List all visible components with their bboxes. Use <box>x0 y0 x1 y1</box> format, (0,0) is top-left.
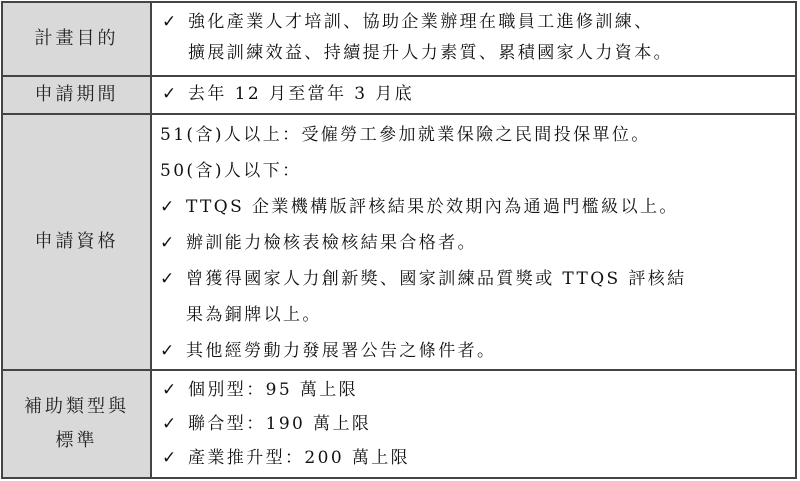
row-label-purpose: 計畫目的 <box>3 3 152 75</box>
row-label-period: 申請期間 <box>3 77 152 113</box>
check-icon: ✓ <box>162 79 188 110</box>
list-item: ✓曾獲得國家人力創新獎、國家訓練品質獎或 TTQS 評核結 <box>160 261 795 297</box>
list-item: ✓產業推升型：200 萬上限 <box>162 441 795 475</box>
item-text: 辦訓能力檢核表檢核結果合格者。 <box>186 233 477 253</box>
label-line: 標準 <box>56 424 98 458</box>
list-item: ✓其他經勞動力發展署公告之條件者。 <box>160 333 795 369</box>
item-text: 個別型：95 萬上限 <box>188 380 358 400</box>
list-item: ✓聯合型：190 萬上限 <box>162 407 795 441</box>
info-table: 計畫目的 ✓強化產業人才培訓、協助企業辦理在職員工進修訓練、 擴展訓練效益、持續… <box>1 1 797 479</box>
list-item: ✓去年 12 月至當年 3 月底 <box>162 79 795 110</box>
check-icon: ✓ <box>162 7 188 38</box>
check-icon: ✓ <box>162 373 188 407</box>
check-icon: ✓ <box>160 189 186 225</box>
row-content-subsidy: ✓個別型：95 萬上限 ✓聯合型：190 萬上限 ✓產業推升型：200 萬上限 <box>152 371 795 477</box>
row-content-purpose: ✓強化產業人才培訓、協助企業辦理在職員工進修訓練、 擴展訓練效益、持續提升人力素… <box>152 3 795 75</box>
item-text: 曾獲得國家人力創新獎、國家訓練品質獎或 TTQS 評核結 <box>186 269 687 289</box>
list-item: ✓辦訓能力檢核表檢核結果合格者。 <box>160 225 795 261</box>
row-period: 申請期間 ✓去年 12 月至當年 3 月底 <box>3 77 795 115</box>
item-text: 擴展訓練效益、持續提升人力素質、累積國家人力資本。 <box>188 43 673 63</box>
check-icon: ✓ <box>162 441 188 475</box>
row-content-period: ✓去年 12 月至當年 3 月底 <box>152 77 795 113</box>
row-content-eligibility: 51(含)人以上：受僱勞工參加就業保險之民間投保單位。 50(含)人以下： ✓T… <box>152 115 795 369</box>
item-text: 強化產業人才培訓、協助企業辦理在職員工進修訓練、 <box>188 12 654 32</box>
list-item: 50(含)人以下： <box>160 153 795 189</box>
item-text: TTQS 企業機構版評核結果於效期內為通過門檻級以上。 <box>186 197 679 217</box>
list-item: 果為銅牌以上。 <box>160 297 795 333</box>
item-text: 51(含)人以上：受僱勞工參加就業保險之民間投保單位。 <box>160 125 651 145</box>
row-subsidy: 補助類型與 標準 ✓個別型：95 萬上限 ✓聯合型：190 萬上限 ✓產業推升型… <box>3 371 795 477</box>
check-icon: ✓ <box>162 407 188 441</box>
check-icon: ✓ <box>160 261 186 297</box>
item-text: 去年 12 月至當年 3 月底 <box>188 84 414 104</box>
row-label-subsidy: 補助類型與 標準 <box>3 371 152 477</box>
row-eligibility: 申請資格 51(含)人以上：受僱勞工參加就業保險之民間投保單位。 50(含)人以… <box>3 115 795 371</box>
item-text: 其他經勞動力發展署公告之條件者。 <box>186 341 496 361</box>
check-icon: ✓ <box>160 333 186 369</box>
list-item: ✓TTQS 企業機構版評核結果於效期內為通過門檻級以上。 <box>160 189 795 225</box>
list-item: ✓個別型：95 萬上限 <box>162 373 795 407</box>
item-text: 聯合型：190 萬上限 <box>188 414 371 434</box>
check-icon: ✓ <box>160 225 186 261</box>
item-text: 產業推升型：200 萬上限 <box>188 448 410 468</box>
item-text: 果為銅牌以上。 <box>186 305 322 325</box>
item-text: 50(含)人以下： <box>160 161 302 181</box>
label-line: 補助類型與 <box>24 390 129 424</box>
list-item: 51(含)人以上：受僱勞工參加就業保險之民間投保單位。 <box>160 117 795 153</box>
row-purpose: 計畫目的 ✓強化產業人才培訓、協助企業辦理在職員工進修訓練、 擴展訓練效益、持續… <box>3 3 795 77</box>
row-label-eligibility: 申請資格 <box>3 115 152 369</box>
list-item: ✓強化產業人才培訓、協助企業辦理在職員工進修訓練、 <box>162 7 795 38</box>
list-item: 擴展訓練效益、持續提升人力素質、累積國家人力資本。 <box>162 38 795 69</box>
